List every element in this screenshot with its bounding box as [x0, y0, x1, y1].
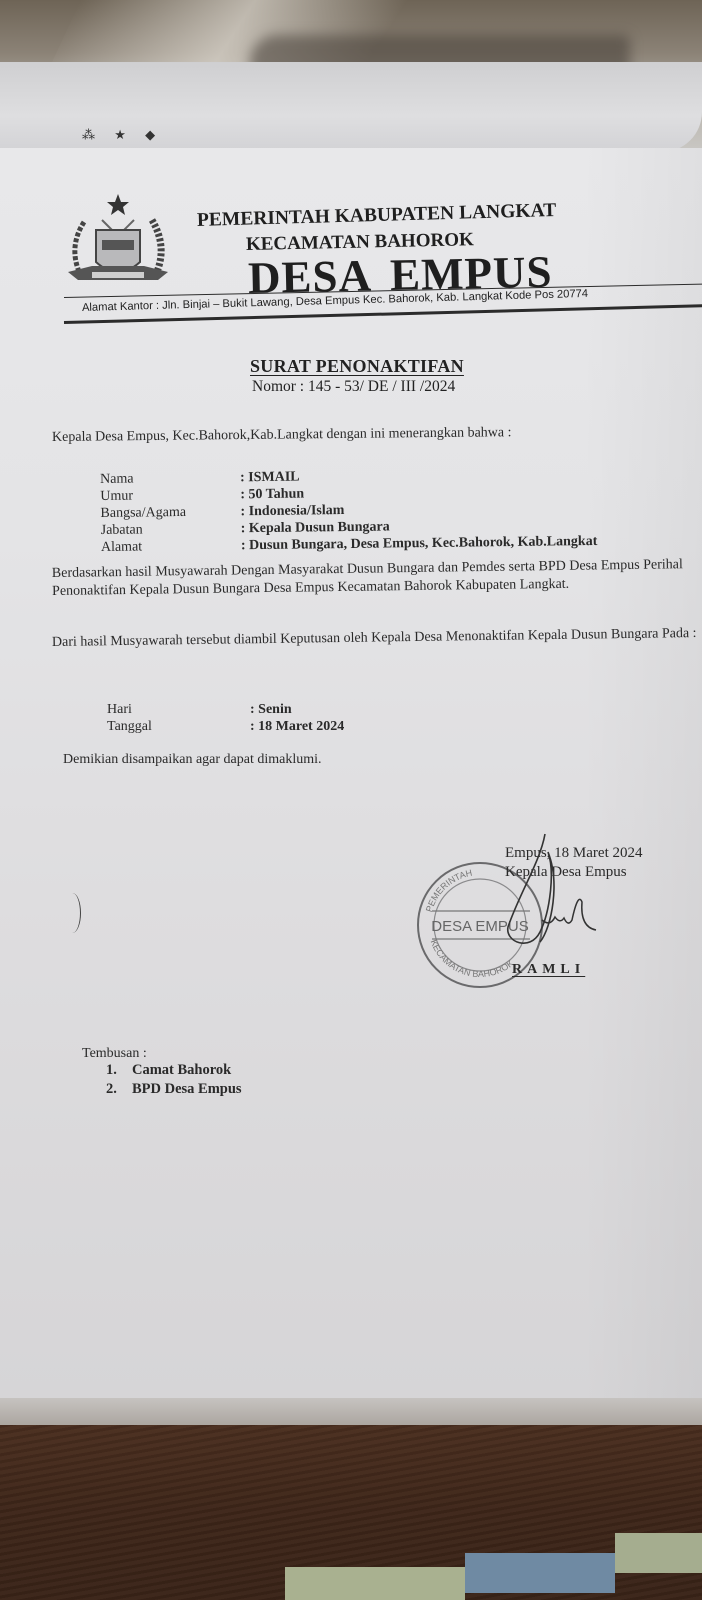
svg-text:PEMERINTAH: PEMERINTAH [424, 868, 473, 914]
detail-label: Nama [100, 472, 134, 488]
detail-label: Umur [100, 489, 133, 505]
strip-print-marks: ⁂ ★ ◆ [82, 127, 163, 143]
detail-label: Hari [107, 702, 132, 718]
plastic-bottom-edge [0, 1398, 702, 1428]
floor-tile [615, 1533, 702, 1573]
copy-recipient: 1.Camat Bahorok [106, 1062, 242, 1081]
copy-recipient-name: Camat Bahorok [132, 1062, 231, 1078]
handwritten-signature-icon [500, 832, 610, 962]
floor-tile [465, 1553, 615, 1593]
detail-value: : 50 Tahun [240, 487, 304, 504]
copies-label: Tembusan : [82, 1046, 147, 1062]
copy-recipient: 2.BPD Desa Empus [106, 1081, 242, 1100]
closing-text: Demikian disampaikan agar dapat dimaklum… [63, 752, 322, 768]
copy-number: 1. [106, 1062, 132, 1079]
detail-label: Alamat [101, 539, 142, 556]
detail-label: Bangsa/Agama [100, 505, 186, 522]
detail-value: : Senin [250, 702, 292, 718]
detail-value: : 18 Maret 2024 [250, 719, 344, 735]
letter-paper [0, 148, 702, 1398]
signer-name: RAMLI [512, 962, 585, 978]
detail-value: : Indonesia/Islam [240, 503, 344, 520]
regency-crest-icon [62, 192, 174, 292]
detail-value: : ISMAIL [240, 470, 300, 487]
pen-mark [64, 893, 81, 933]
paper-shading [582, 148, 702, 1398]
letter-title: SURAT PENONAKTIFAN [250, 356, 464, 377]
detail-label: Tanggal [107, 719, 152, 735]
detail-label: Jabatan [101, 522, 143, 539]
copies-list: 1.Camat Bahorok 2.BPD Desa Empus [106, 1062, 242, 1100]
letter-number: Nomor : 145 - 53/ DE / III /2024 [252, 378, 455, 396]
detail-value: : Kepala Dusun Bungara [241, 519, 390, 537]
floor-tile [285, 1567, 465, 1600]
copy-number: 2. [106, 1081, 132, 1098]
copy-recipient-name: BPD Desa Empus [132, 1081, 242, 1097]
